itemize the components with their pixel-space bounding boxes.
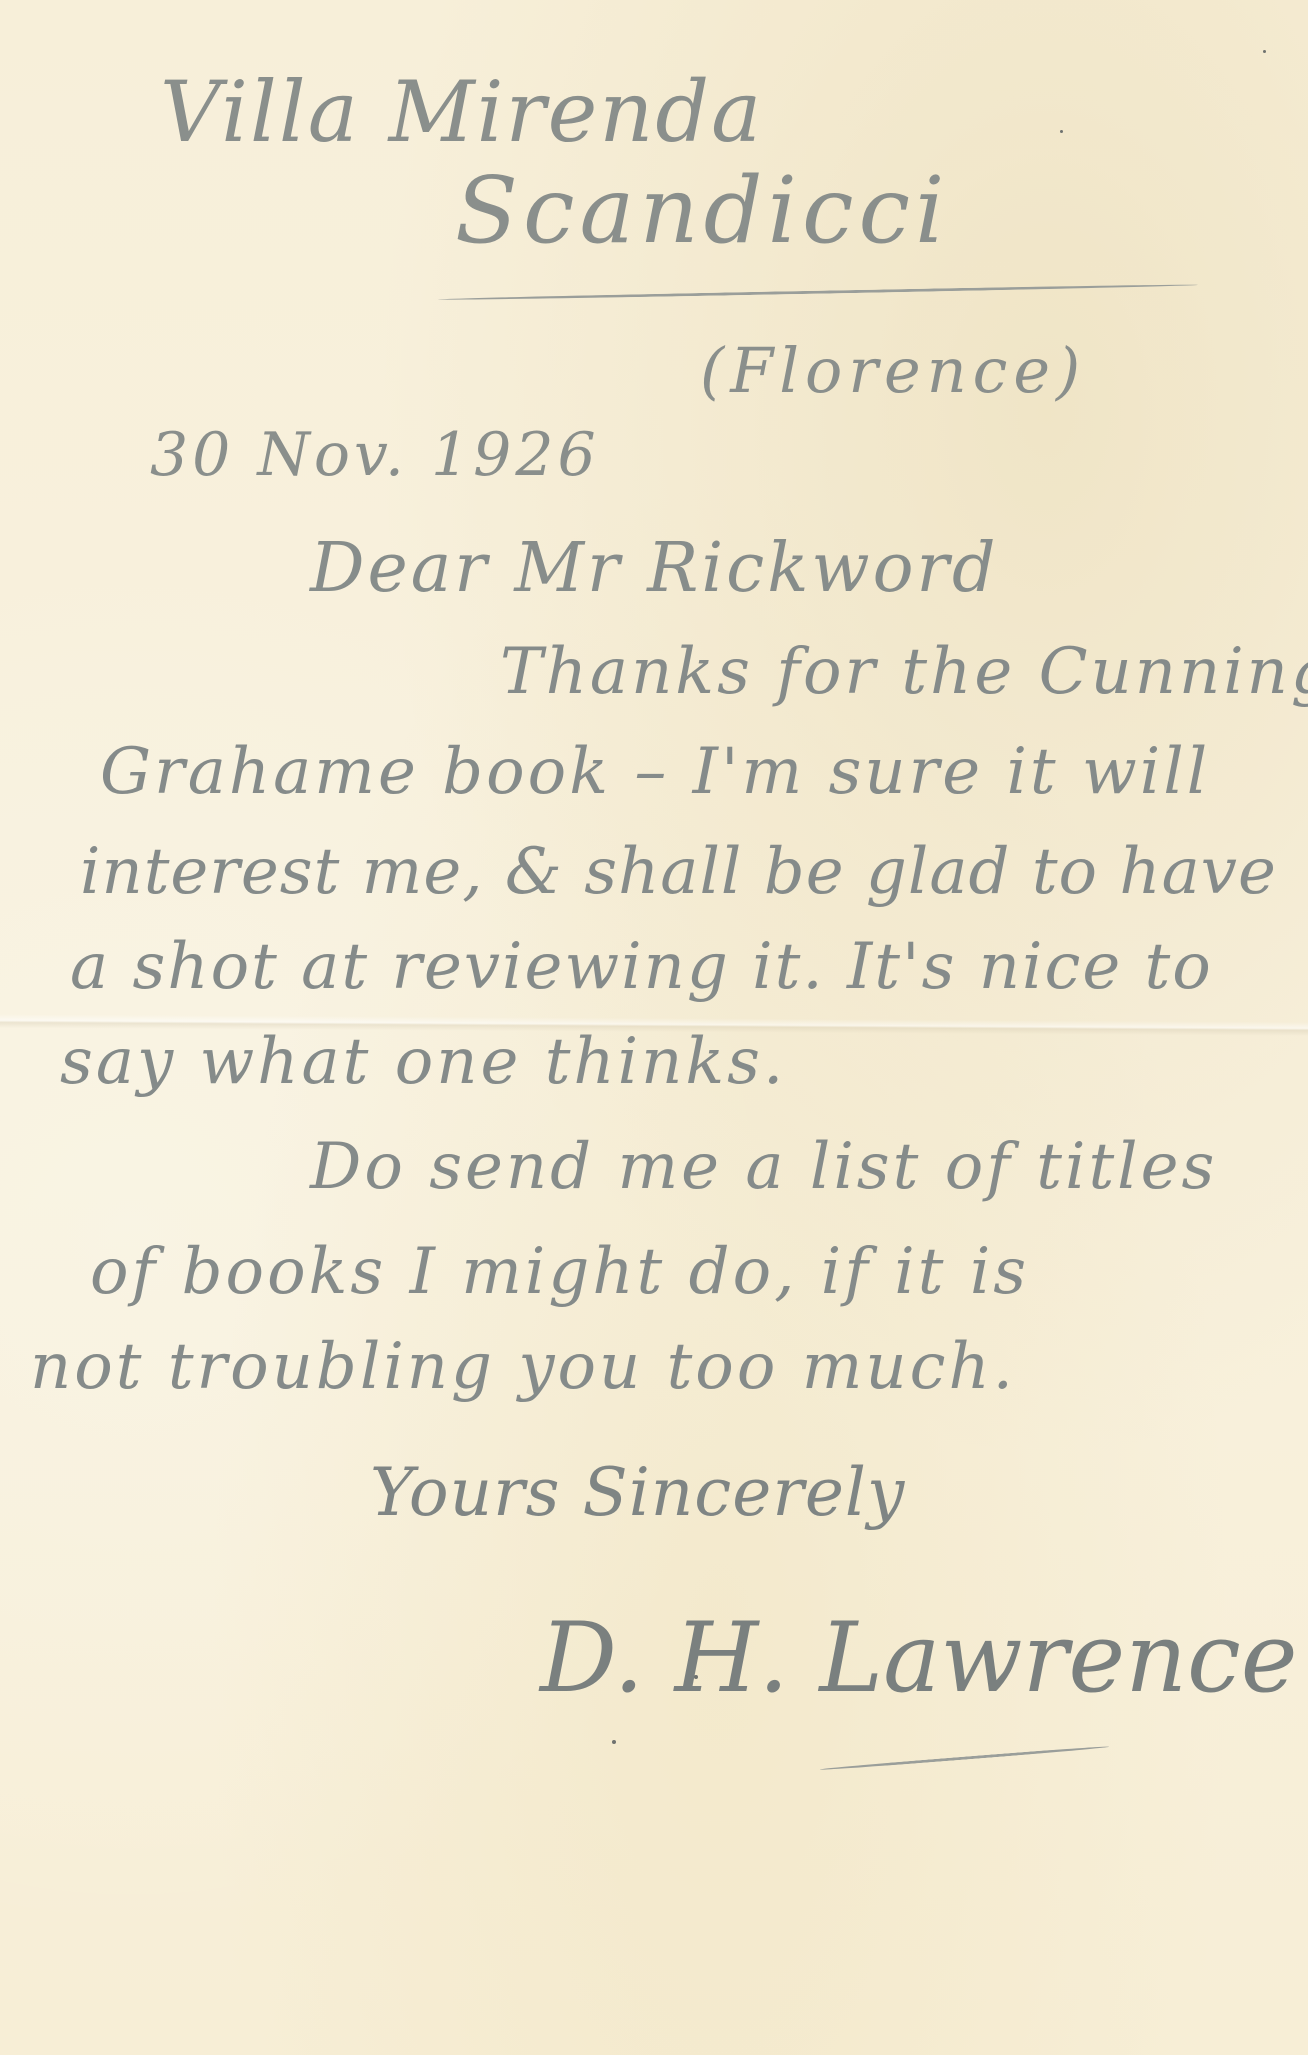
body-line-8: not troubling you too much. bbox=[30, 1335, 1016, 1399]
body-line-7: of books I might do, if it is bbox=[90, 1240, 1029, 1304]
ink-dot bbox=[612, 1740, 616, 1744]
closing: Yours Sincerely bbox=[370, 1460, 905, 1526]
paper-speck bbox=[1263, 50, 1266, 53]
signature-flourish-line bbox=[820, 1745, 1109, 1771]
body-line-5: say what one thinks. bbox=[60, 1030, 786, 1094]
body-line-3: interest me, & shall be glad to have bbox=[80, 840, 1277, 904]
address-line-villa: Villa Mirenda bbox=[160, 70, 763, 154]
signature: D. H. Lawrence bbox=[540, 1610, 1298, 1706]
body-line-2: Grahame book – I'm sure it will bbox=[100, 740, 1210, 804]
salutation: Dear Mr Rickword bbox=[310, 535, 999, 603]
paper-speck bbox=[1060, 130, 1063, 133]
body-line-4: a shot at reviewing it. It's nice to bbox=[70, 935, 1213, 999]
letter-date: 30 Nov. 1926 bbox=[150, 425, 600, 485]
body-line-6: Do send me a list of titles bbox=[310, 1135, 1217, 1199]
address-line-city: (Florence) bbox=[700, 340, 1086, 402]
ink-dot bbox=[694, 1675, 698, 1679]
address-line-town: Scandicci bbox=[455, 165, 949, 257]
body-line-1: Thanks for the Cunninghame bbox=[500, 640, 1308, 704]
letter-page: Villa Mirenda Scandicci (Florence) 30 No… bbox=[0, 0, 1308, 2055]
address-underline bbox=[438, 283, 1198, 301]
